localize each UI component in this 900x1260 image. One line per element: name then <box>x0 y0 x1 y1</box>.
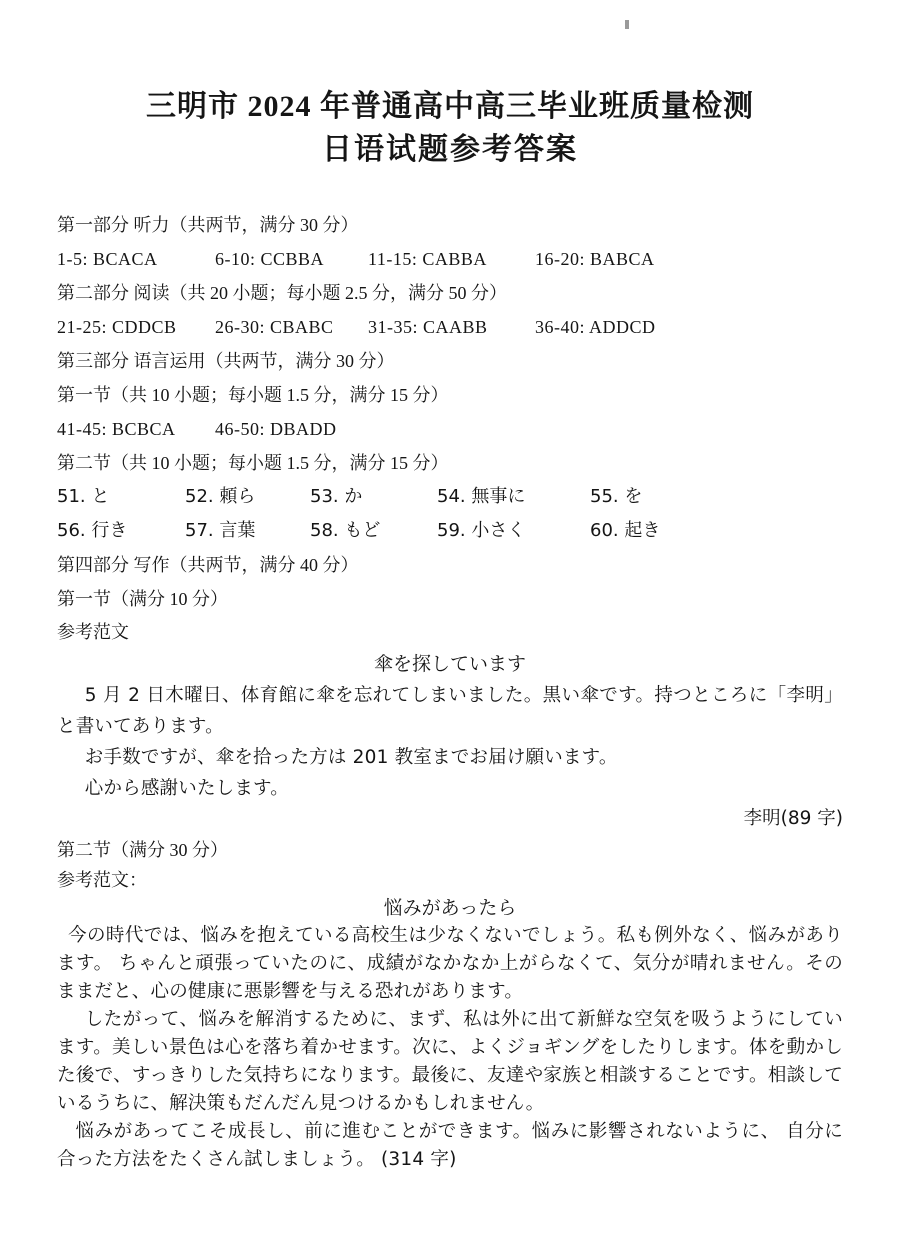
part3-section2-answer-row2: 56. 行き 57. 言葉 58. もど 59. 小さく 60. 起き <box>57 514 843 548</box>
answer-cell: 51. と <box>57 480 185 514</box>
answer-cell: 11-15: CABBA <box>368 242 535 276</box>
answer-cell: 16-20: BABCA <box>535 242 843 276</box>
answer-cell: 59. 小さく <box>437 514 590 548</box>
answer-cell: 1-5: BCACA <box>57 242 215 276</box>
document-body: 第一部分 听力（共两节，满分 30 分） 1-5: BCACA 6-10: CC… <box>57 208 843 1174</box>
answer-cell: 54. 無事に <box>437 480 590 514</box>
answer-cell: 56. 行き <box>57 514 185 548</box>
answer-cell: 31-35: CAABB <box>368 310 535 344</box>
essay1-title: 傘を探しています <box>57 648 843 680</box>
essay2-paragraph: したがって、悩みを解消するために、まず、私は外に出て新鮮な空気を吸うようにしてい… <box>57 1006 843 1118</box>
model-essay-label-2: 参考范文： <box>57 866 843 894</box>
answer-cell: 6-10: CCBBA <box>215 242 368 276</box>
essay2-paragraph: 今の時代では、悩みを抱えている高校生は少なくないでしょう。私も例外なく、悩みがあ… <box>57 922 843 1006</box>
essay2-paragraph: 悩みがあってこそ成長し、前に進むことができます。悩みに影響されないように、 自分… <box>57 1118 843 1174</box>
essay2-title: 悩みがあったら <box>57 894 843 922</box>
essay1-paragraph: お手数ですが、傘を拾った方は 201 教室までお届け願います。 <box>57 742 843 773</box>
part4-section1-heading: 第一节（满分 10 分） <box>57 582 843 616</box>
part4-heading: 第四部分 写作（共两节，满分 40 分） <box>57 548 843 582</box>
answer-cell: 57. 言葉 <box>185 514 310 548</box>
essay1-paragraph: 5 月 2 日木曜日、体育館に傘を忘れてしまいました。黒い傘です。持つところに「… <box>57 680 843 742</box>
answer-cell: 46-50: DBADD <box>215 412 368 446</box>
part1-answer-row: 1-5: BCACA 6-10: CCBBA 11-15: CABBA 16-2… <box>57 242 843 276</box>
scan-artifact <box>625 20 629 29</box>
answer-cell: 53. か <box>310 480 437 514</box>
part3-section2-answer-row1: 51. と 52. 頼ら 53. か 54. 無事に 55. を <box>57 480 843 514</box>
essay1-paragraph: 心から感謝いたします。 <box>57 773 843 804</box>
answer-cell: 52. 頼ら <box>185 480 310 514</box>
part4-section2-heading: 第二节（满分 30 分） <box>57 834 843 866</box>
answer-cell: 21-25: CDDCB <box>57 310 215 344</box>
part3-section2-heading: 第二节（共 10 小题；每小题 1.5 分，满分 15 分） <box>57 446 843 480</box>
answer-cell: 26-30: CBABC <box>215 310 368 344</box>
part2-heading: 第二部分 阅读（共 20 小题；每小题 2.5 分，满分 50 分） <box>57 276 843 310</box>
page-title-line2: 日语试题参考答案 <box>0 128 900 172</box>
model-essay-label-1: 参考范文 <box>57 616 843 648</box>
answer-cell: 58. もど <box>310 514 437 548</box>
answer-cell: 60. 起き <box>590 514 843 548</box>
part1-heading: 第一部分 听力（共两节，满分 30 分） <box>57 208 843 242</box>
part3-section1-answer-row: 41-45: BCBCA 46-50: DBADD <box>57 412 843 446</box>
answer-cell: 36-40: ADDCD <box>535 310 843 344</box>
part3-section1-heading: 第一节（共 10 小题；每小题 1.5 分，满分 15 分） <box>57 378 843 412</box>
answer-sheet-page: 三明市 2024 年普通高中高三毕业班质量检测 日语试题参考答案 第一部分 听力… <box>0 0 900 1260</box>
answer-cell: 55. を <box>590 480 843 514</box>
page-title-line1: 三明市 2024 年普通高中高三毕业班质量检测 <box>0 86 900 128</box>
part2-answer-row: 21-25: CDDCB 26-30: CBABC 31-35: CAABB 3… <box>57 310 843 344</box>
part3-heading: 第三部分 语言运用（共两节，满分 30 分） <box>57 344 843 378</box>
title-block: 三明市 2024 年普通高中高三毕业班质量检测 日语试题参考答案 <box>0 0 900 172</box>
essay1-signature: 李明(89 字) <box>57 804 843 834</box>
answer-cell: 41-45: BCBCA <box>57 412 215 446</box>
